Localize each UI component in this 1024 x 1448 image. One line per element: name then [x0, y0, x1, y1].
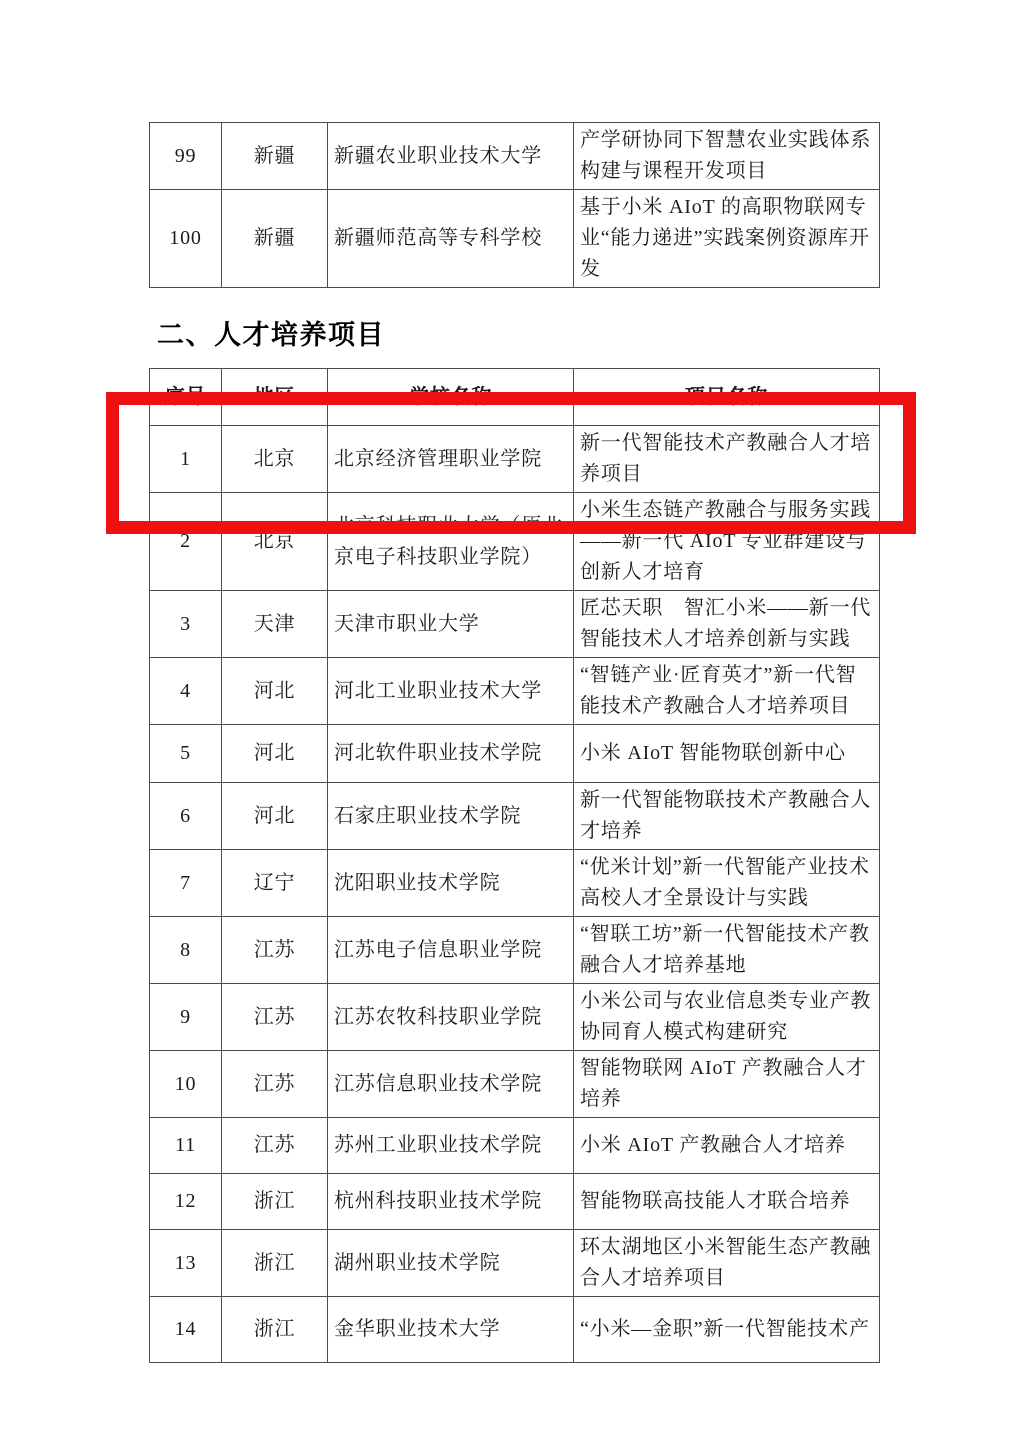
- cell-project: 新一代智能物联技术产教融合人才培养: [574, 783, 880, 850]
- cell-school: 北京经济管理职业学院: [328, 426, 574, 493]
- cell-region: 河北: [222, 658, 328, 725]
- cell-no: 14: [150, 1297, 222, 1363]
- section-title: 二、人才培养项目: [157, 313, 385, 352]
- talent-projects-table: 序号 地区 学校名称 项目名称 1北京北京经济管理职业学院新一代智能技术产教融合…: [149, 368, 880, 1363]
- cell-school: 杭州科技职业技术学院: [328, 1174, 574, 1230]
- cell-region: 浙江: [222, 1230, 328, 1297]
- cell-project: 小米 AIoT 智能物联创新中心: [574, 725, 880, 783]
- cell-project: “智链产业·匠育英才”新一代智能技术产教融合人才培养项目: [574, 658, 880, 725]
- cell-project: “小米—金职”新一代智能技术产: [574, 1297, 880, 1363]
- cell-region: 浙江: [222, 1297, 328, 1363]
- cell-project: “优米计划”新一代智能产业技术高校人才全景设计与实践: [574, 850, 880, 917]
- cell-no: 13: [150, 1230, 222, 1297]
- cell-school: 湖州职业技术学院: [328, 1230, 574, 1297]
- talent-table-body: 1北京北京经济管理职业学院新一代智能技术产教融合人才培养项目2北京北京科技职业大…: [150, 426, 880, 1363]
- cell-region: 江苏: [222, 917, 328, 984]
- cell-school: 石家庄职业技术学院: [328, 783, 574, 850]
- cell-project: 智能物联高技能人才联合培养: [574, 1174, 880, 1230]
- table-row: 9江苏江苏农牧科技职业学院小米公司与农业信息类专业产教协同育人模式构建研究: [150, 984, 880, 1051]
- cell-project: 新一代智能技术产教融合人才培养项目: [574, 426, 880, 493]
- cell-region: 河北: [222, 783, 328, 850]
- cell-region: 江苏: [222, 984, 328, 1051]
- cell-project: 小米生态链产教融合与服务实践——新一代 AIoT 专业群建设与创新人才培育: [574, 493, 880, 591]
- cell-region: 江苏: [222, 1051, 328, 1118]
- cell-school: 河北软件职业技术学院: [328, 725, 574, 783]
- cell-region: 浙江: [222, 1174, 328, 1230]
- cell-no: 11: [150, 1118, 222, 1174]
- header-cell-region: 地区: [222, 369, 328, 426]
- cell-school: 江苏农牧科技职业学院: [328, 984, 574, 1051]
- cell-no: 8: [150, 917, 222, 984]
- cell-school: 金华职业技术大学: [328, 1297, 574, 1363]
- header-cell-no: 序号: [150, 369, 222, 426]
- cell-project: 基于小米 AIoT 的高职物联网专业“能力递进”实践案例资源库开发: [574, 190, 880, 288]
- table-row: 6河北石家庄职业技术学院新一代智能物联技术产教融合人才培养: [150, 783, 880, 850]
- cell-project: 环太湖地区小米智能生态产教融合人才培养项目: [574, 1230, 880, 1297]
- continuation-table-body: 99新疆新疆农业职业技术大学产学研协同下智慧农业实践体系构建与课程开发项目100…: [150, 123, 880, 288]
- cell-no: 99: [150, 123, 222, 190]
- table-row: 2北京北京科技职业大学（原北京电子科技职业学院）小米生态链产教融合与服务实践——…: [150, 493, 880, 591]
- cell-project: 产学研协同下智慧农业实践体系构建与课程开发项目: [574, 123, 880, 190]
- cell-school: 新疆农业职业技术大学: [328, 123, 574, 190]
- cell-school: 新疆师范高等专科学校: [328, 190, 574, 288]
- table-header-row: 序号 地区 学校名称 项目名称: [150, 369, 880, 426]
- cell-school: 河北工业职业技术大学: [328, 658, 574, 725]
- cell-project: “智联工坊”新一代智能技术产教融合人才培养基地: [574, 917, 880, 984]
- cell-project: 小米 AIoT 产教融合人才培养: [574, 1118, 880, 1174]
- cell-region: 北京: [222, 493, 328, 591]
- cell-region: 新疆: [222, 190, 328, 288]
- table-row: 8江苏江苏电子信息职业学院“智联工坊”新一代智能技术产教融合人才培养基地: [150, 917, 880, 984]
- table-row: 5河北河北软件职业技术学院小米 AIoT 智能物联创新中心: [150, 725, 880, 783]
- cell-no: 7: [150, 850, 222, 917]
- cell-no: 1: [150, 426, 222, 493]
- table-row: 4河北河北工业职业技术大学“智链产业·匠育英才”新一代智能技术产教融合人才培养项…: [150, 658, 880, 725]
- cell-region: 北京: [222, 426, 328, 493]
- cell-no: 10: [150, 1051, 222, 1118]
- cell-no: 2: [150, 493, 222, 591]
- table-row: 1北京北京经济管理职业学院新一代智能技术产教融合人才培养项目: [150, 426, 880, 493]
- header-cell-project: 项目名称: [574, 369, 880, 426]
- cell-school: 天津市职业大学: [328, 591, 574, 658]
- cell-region: 辽宁: [222, 850, 328, 917]
- table-row: 7辽宁沈阳职业技术学院“优米计划”新一代智能产业技术高校人才全景设计与实践: [150, 850, 880, 917]
- cell-no: 3: [150, 591, 222, 658]
- cell-school: 江苏信息职业技术学院: [328, 1051, 574, 1118]
- cell-no: 12: [150, 1174, 222, 1230]
- cell-school: 苏州工业职业技术学院: [328, 1118, 574, 1174]
- continuation-table: 99新疆新疆农业职业技术大学产学研协同下智慧农业实践体系构建与课程开发项目100…: [149, 122, 880, 288]
- cell-project: 智能物联网 AIoT 产教融合人才培养: [574, 1051, 880, 1118]
- cell-region: 新疆: [222, 123, 328, 190]
- cell-no: 5: [150, 725, 222, 783]
- document-page: 99新疆新疆农业职业技术大学产学研协同下智慧农业实践体系构建与课程开发项目100…: [0, 0, 1024, 1448]
- cell-school: 沈阳职业技术学院: [328, 850, 574, 917]
- cell-project: 匠芯天职 智汇小米——新一代智能技术人才培养创新与实践: [574, 591, 880, 658]
- cell-region: 天津: [222, 591, 328, 658]
- cell-no: 4: [150, 658, 222, 725]
- table-row: 99新疆新疆农业职业技术大学产学研协同下智慧农业实践体系构建与课程开发项目: [150, 123, 880, 190]
- cell-region: 江苏: [222, 1118, 328, 1174]
- table-row: 14浙江金华职业技术大学“小米—金职”新一代智能技术产: [150, 1297, 880, 1363]
- table-row: 10江苏江苏信息职业技术学院智能物联网 AIoT 产教融合人才培养: [150, 1051, 880, 1118]
- header-cell-school: 学校名称: [328, 369, 574, 426]
- table-row: 11江苏苏州工业职业技术学院小米 AIoT 产教融合人才培养: [150, 1118, 880, 1174]
- cell-project: 小米公司与农业信息类专业产教协同育人模式构建研究: [574, 984, 880, 1051]
- cell-school: 北京科技职业大学（原北京电子科技职业学院）: [328, 493, 574, 591]
- cell-region: 河北: [222, 725, 328, 783]
- cell-no: 6: [150, 783, 222, 850]
- table-row: 12浙江杭州科技职业技术学院智能物联高技能人才联合培养: [150, 1174, 880, 1230]
- table-row: 3天津天津市职业大学匠芯天职 智汇小米——新一代智能技术人才培养创新与实践: [150, 591, 880, 658]
- cell-no: 100: [150, 190, 222, 288]
- cell-no: 9: [150, 984, 222, 1051]
- table-row: 100新疆新疆师范高等专科学校基于小米 AIoT 的高职物联网专业“能力递进”实…: [150, 190, 880, 288]
- table-row: 13浙江湖州职业技术学院环太湖地区小米智能生态产教融合人才培养项目: [150, 1230, 880, 1297]
- cell-school: 江苏电子信息职业学院: [328, 917, 574, 984]
